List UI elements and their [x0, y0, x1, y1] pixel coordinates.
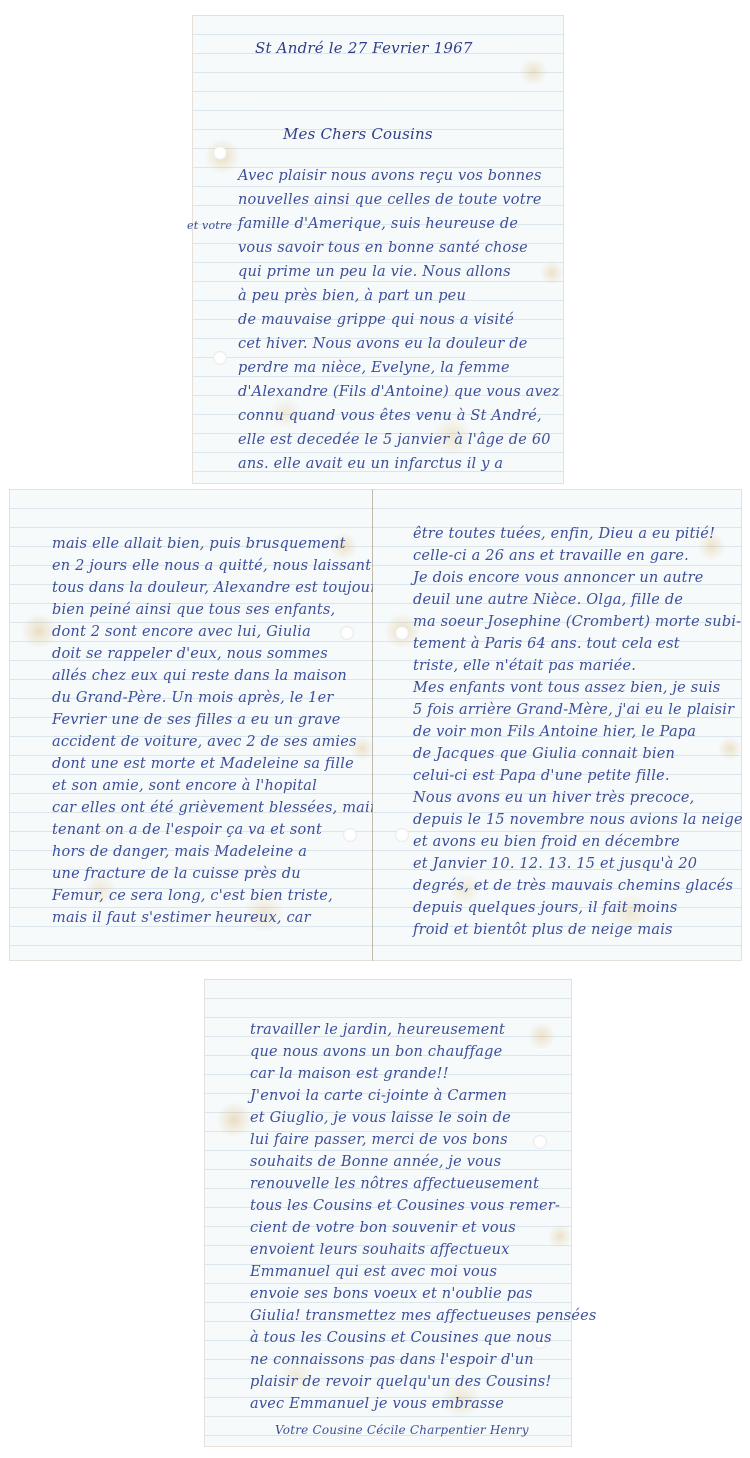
- letter-line: envoie ses bons voeux et n'oublie pas: [250, 1284, 533, 1304]
- letter-line: Fevrier une de ses filles a eu un grave: [52, 710, 341, 730]
- letter-line: renouvelle les nôtres affectueusement: [250, 1174, 539, 1194]
- punch-hole: [395, 626, 409, 640]
- letter-page-4: travailler le jardin, heureusement que n…: [205, 980, 571, 1446]
- letter-line: Giulia! transmettez mes affectueuses pen…: [250, 1306, 597, 1326]
- letter-line: à peu près bien, à part un peu: [238, 286, 466, 306]
- letter-line: froid et bientôt plus de neige mais: [413, 920, 673, 940]
- letter-line: tous dans la douleur, Alexandre est touj…: [52, 578, 385, 598]
- letter-line: de voir mon Fils Antoine hier, le Papa: [413, 722, 696, 742]
- letter-line: hors de danger, mais Madeleine a: [52, 842, 307, 862]
- letter-line: du Grand-Père. Un mois après, le 1er: [52, 688, 334, 708]
- letter-line: 5 fois arrière Grand-Mère, j'ai eu le pl…: [413, 700, 734, 720]
- letter-line: et Giuglio, je vous laisse le soin de: [250, 1108, 511, 1128]
- letter-line: elle est decedée le 5 janvier à l'âge de…: [238, 430, 551, 450]
- letter-line: et Janvier 10. 12. 13. 15 et jusqu'à 20: [413, 854, 697, 874]
- letter-line: que nous avons un bon chauffage: [250, 1042, 502, 1062]
- letter-line: ans. elle avait eu un infarctus il y a: [238, 454, 503, 474]
- letter-page-3: être toutes tuées, enfin, Dieu a eu piti…: [373, 490, 741, 960]
- letter-line: depuis le 15 novembre nous avions la nei…: [413, 810, 743, 830]
- letter-line: car la maison est grande!!: [250, 1064, 449, 1084]
- letter-line: ne connaissons pas dans l'espoir d'un: [250, 1350, 534, 1370]
- punch-hole: [343, 828, 357, 842]
- punch-hole: [213, 351, 227, 365]
- letter-line: car elles ont été grièvement blessées, m…: [52, 798, 384, 818]
- letter-line: celui-ci est Papa d'une petite fille.: [413, 766, 670, 786]
- letter-line: bien peiné ainsi que tous ses enfants,: [52, 600, 335, 620]
- letter-line: nouvelles ainsi que celles de toute votr…: [238, 190, 542, 210]
- letter-line: ma soeur Josephine (Crombert) morte subi…: [413, 612, 741, 632]
- letter-line: une fracture de la cuisse près du: [52, 864, 301, 884]
- letter-line: triste, elle n'était pas mariée.: [413, 656, 636, 676]
- letter-line: famille d'Amerique, suis heureuse de: [238, 214, 518, 234]
- letter-line: à tous les Cousins et Cousines que nous: [250, 1328, 552, 1348]
- letter-line: connu quand vous êtes venu à St André,: [238, 406, 542, 426]
- letter-line: avec Emmanuel je vous embrasse: [250, 1394, 504, 1414]
- letter-line: lui faire passer, merci de vos bons: [250, 1130, 508, 1150]
- letter-line: tous les Cousins et Cousines vous remer-: [250, 1196, 560, 1216]
- letter-line: en 2 jours elle nous a quitté, nous lais…: [52, 556, 371, 576]
- letter-line: qui prime un peu la vie. Nous allons: [238, 262, 511, 282]
- letter-line: perdre ma nièce, Evelyne, la femme: [238, 358, 510, 378]
- punch-hole: [533, 1135, 547, 1149]
- punch-hole: [213, 146, 227, 160]
- letter-line: et son amie, sont encore à l'hopital: [52, 776, 317, 796]
- letter-line: de Jacques que Giulia connait bien: [413, 744, 675, 764]
- letter-line: et avons eu bien froid en décembre: [413, 832, 680, 852]
- letter-line: souhaits de Bonne année, je vous: [250, 1152, 501, 1172]
- letter-line: envoient leurs souhaits affectueux: [250, 1240, 510, 1260]
- letter-line: cient de votre bon souvenir et vous: [250, 1218, 516, 1238]
- letter-line: Je dois encore vous annoncer un autre: [413, 568, 704, 588]
- letter-salutation: Mes Chers Cousins: [283, 124, 433, 144]
- letter-line: dont une est morte et Madeleine sa fille: [52, 754, 354, 774]
- letter-line: J'envoi la carte ci-jointe à Carmen: [250, 1086, 507, 1106]
- letter-line: Femur, ce sera long, c'est bien triste,: [52, 886, 333, 906]
- letter-line: être toutes tuées, enfin, Dieu a eu piti…: [413, 524, 715, 544]
- margin-note: et votre: [187, 216, 232, 236]
- letter-line: deuil une autre Nièce. Olga, fille de: [413, 590, 683, 610]
- letter-line: de mauvaise grippe qui nous a visité: [238, 310, 514, 330]
- letter-page-1: St André le 27 Fevrier 1967 Mes Chers Co…: [193, 16, 563, 483]
- letter-date-header: St André le 27 Fevrier 1967: [255, 38, 473, 58]
- letter-line: vous savoir tous en bonne santé chose: [238, 238, 528, 258]
- letter-line: degrés, et de très mauvais chemins glacé…: [413, 876, 733, 896]
- letter-line: Avec plaisir nous avons reçu vos bonnes: [238, 166, 542, 186]
- punch-hole: [395, 828, 409, 842]
- letter-line: allés chez eux qui reste dans la maison: [52, 666, 347, 686]
- letter-signature: Votre Cousine Cécile Charpentier Henry: [275, 1420, 529, 1440]
- punch-hole: [340, 626, 354, 640]
- letter-page-2: mais elle allait bien, puis brusquement …: [10, 490, 373, 960]
- letter-line: depuis quelques jours, il fait moins: [413, 898, 677, 918]
- letter-line: cet hiver. Nous avons eu la douleur de: [238, 334, 528, 354]
- letter-line: mais il faut s'estimer heureux, car: [52, 908, 311, 928]
- letter-line: doit se rappeler d'eux, nous sommes: [52, 644, 328, 664]
- letter-line: tement à Paris 64 ans. tout cela est: [413, 634, 680, 654]
- letter-line: tenant on a de l'espoir ça va et sont: [52, 820, 322, 840]
- letter-line: plaisir de revoir quelqu'un des Cousins!: [250, 1372, 551, 1392]
- letter-line: dont 2 sont encore avec lui, Giulia: [52, 622, 311, 642]
- letter-line: Emmanuel qui est avec moi vous: [250, 1262, 497, 1282]
- letter-line: d'Alexandre (Fils d'Antoine) que vous av…: [238, 382, 560, 402]
- letter-line: mais elle allait bien, puis brusquement: [52, 534, 346, 554]
- letter-line: accident de voiture, avec 2 de ses amies: [52, 732, 357, 752]
- letter-line: travailler le jardin, heureusement: [250, 1020, 505, 1040]
- letter-line: Mes enfants vont tous assez bien, je sui…: [413, 678, 720, 698]
- letter-line: Nous avons eu un hiver très precoce,: [413, 788, 694, 808]
- letter-line: celle-ci a 26 ans et travaille en gare.: [413, 546, 689, 566]
